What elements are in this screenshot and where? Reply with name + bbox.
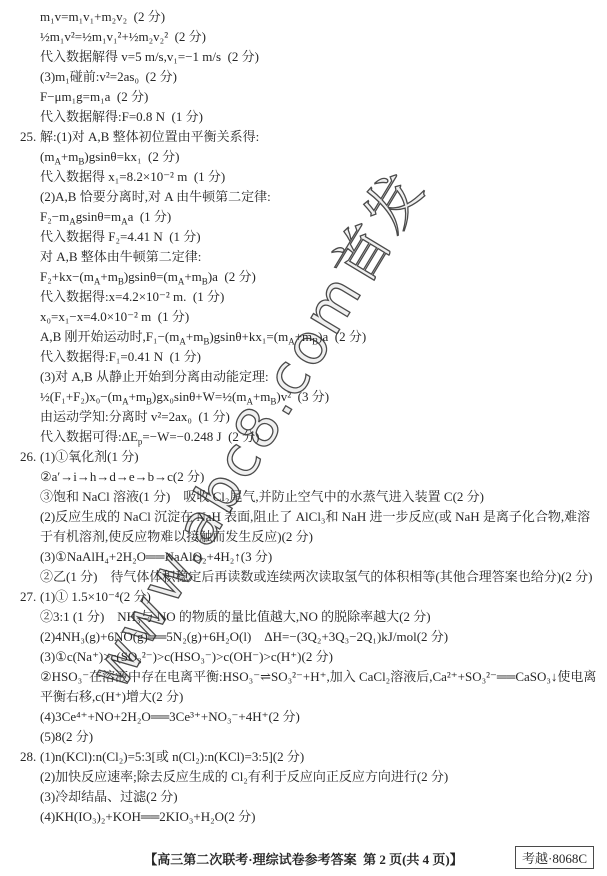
answer-line: m₁v=m₁v₁+m₂v₂ (2 分) <box>0 7 599 27</box>
answer-line-text: ②3:1 (1 分) NH₃与 NO 的物质的量比值越大,NO 的脱除率越大(2… <box>40 607 599 627</box>
answer-line: ②乙(1 分) 待气体体积稳定后再读数或连续两次读取氢气的体积相等(其他合理答案… <box>0 567 599 587</box>
answer-line: x₀=x₁−x=4.0×10⁻² m (1 分) <box>0 307 599 327</box>
answer-line: ②3:1 (1 分) NH₃与 NO 的物质的量比值越大,NO 的脱除率越大(2… <box>0 607 599 627</box>
answer-line: 28. (1)n(KCl):n(Cl₂)=5:3[或 n(Cl₂):n(KCl)… <box>0 747 599 767</box>
answer-line-text: 代入数据解得:F=0.8 N (1 分) <box>40 107 599 127</box>
answer-line-text: 由运动学知:分离时 v²=2ax₀ (1 分) <box>40 407 599 427</box>
answer-line: F₂+kx−(mA+mB)gsinθ=(mA+mB)a (2 分) <box>0 267 599 287</box>
answer-line-text: (1)① 1.5×10⁻⁴(2 分) <box>40 587 599 607</box>
answer-line-text: (3)冷却结晶、过滤(2 分) <box>40 787 599 807</box>
answer-line-text: (4)KH(IO₃)₂+KOH══2KIO₃+H₂O(2 分) <box>40 807 599 827</box>
answer-line: ②a′→i→h→d→e→b→c(2 分) <box>0 467 599 487</box>
answer-line: (2)A,B 恰要分离时,对 A 由牛顿第二定律: <box>0 187 599 207</box>
answer-line-text: x₀=x₁−x=4.0×10⁻² m (1 分) <box>40 307 599 327</box>
answer-line-text: 代入数据得:F₁=0.41 N (1 分) <box>40 347 599 367</box>
answer-line: 由运动学知:分离时 v²=2ax₀ (1 分) <box>0 407 599 427</box>
answer-line-text: (2)4NH₃(g)+6NO(g)══5N₂(g)+6H₂O(l) ΔH=−(3… <box>40 627 599 647</box>
answer-line-text: F₂−mAgsinθ=mAa (1 分) <box>40 207 599 227</box>
answer-line-text: ②乙(1 分) 待气体体积稳定后再读数或连续两次读取氢气的体积相等(其他合理答案… <box>40 567 599 587</box>
answer-line-text: (1)n(KCl):n(Cl₂)=5:3[或 n(Cl₂):n(KCl)=3:5… <box>40 747 599 767</box>
answer-line: (2)4NH₃(g)+6NO(g)══5N₂(g)+6H₂O(l) ΔH=−(3… <box>0 627 599 647</box>
answer-line-text: 代入数据得 x₁=8.2×10⁻² m (1 分) <box>40 167 599 187</box>
answer-line: ½(F₁+F₂)x₀−(mA+mB)gx₀sinθ+W=½(mA+mB)v² (… <box>0 387 599 407</box>
answer-line: (2)反应生成的 NaCl 沉淀在 NaH 表面,阻止了 AlCl₃和 NaH … <box>0 507 599 547</box>
answer-line: (mA+mB)gsinθ=kx₁ (2 分) <box>0 147 599 167</box>
answer-line-text: (3)m₁碰前:v²=2as₀ (2 分) <box>40 67 599 87</box>
answer-line: 代入数据解得:F=0.8 N (1 分) <box>0 107 599 127</box>
answer-line-text: (4)3Ce⁴⁺+NO+2H₂O══3Ce³⁺+NO₃⁻+4H⁺(2 分) <box>40 707 599 727</box>
answer-line-text: ½(F₁+F₂)x₀−(mA+mB)gx₀sinθ+W=½(mA+mB)v² (… <box>40 387 599 407</box>
answer-line-text: (2)反应生成的 NaCl 沉淀在 NaH 表面,阻止了 AlCl₃和 NaH … <box>40 507 599 547</box>
answer-line: F₂−mAgsinθ=mAa (1 分) <box>0 207 599 227</box>
answer-line: 27. (1)① 1.5×10⁻⁴(2 分) <box>0 587 599 607</box>
answer-line-text: (2)加快反应速率;除去反应生成的 Cl₂有利于反应向正反应方向进行(2 分) <box>40 767 599 787</box>
answer-line: 25. 解:(1)对 A,B 整体初位置由平衡关系得: <box>0 127 599 147</box>
answer-line: (3)①c(Na⁺)>c(SO₃²⁻)>c(HSO₃⁻)>c(OH⁻)>c(H⁺… <box>0 647 599 667</box>
answer-line: 代入数据得:F₁=0.41 N (1 分) <box>0 347 599 367</box>
answer-line-text: (3)对 A,B 从静止开始到分离由动能定理: <box>40 367 599 387</box>
answer-line-text: 代入数据得 F₂=4.41 N (1 分) <box>40 227 599 247</box>
answer-line-text: 对 A,B 整体由牛顿第二定律: <box>40 247 599 267</box>
problem-number: 25. <box>0 127 40 147</box>
answer-line: (3)m₁碰前:v²=2as₀ (2 分) <box>0 67 599 87</box>
exam-code-box: 考越·8068C <box>515 846 594 869</box>
answer-line: 代入数据得 F₂=4.41 N (1 分) <box>0 227 599 247</box>
answer-line: F−μm₁g=m₁a (2 分) <box>0 87 599 107</box>
answer-line: (5)8(2 分) <box>0 727 599 747</box>
problem-number: 26. <box>0 447 40 467</box>
answer-line: (2)加快反应速率;除去反应生成的 Cl₂有利于反应向正反应方向进行(2 分) <box>0 767 599 787</box>
answer-line-text: (5)8(2 分) <box>40 727 599 747</box>
answer-line-text: F₂+kx−(mA+mB)gsinθ=(mA+mB)a (2 分) <box>40 267 599 287</box>
answer-line-text: ②HSO₃⁻在溶液中存在电离平衡:HSO₃⁻⇌SO₃²⁻+H⁺,加入 CaCl₂… <box>40 667 599 707</box>
answer-line-text: ②a′→i→h→d→e→b→c(2 分) <box>40 467 599 487</box>
answer-line: 代入数据解得 v=5 m/s,v₁=−1 m/s (2 分) <box>0 47 599 67</box>
answer-line: ½m₁v²=½m₁v₁²+½m₂v₂² (2 分) <box>0 27 599 47</box>
answer-line-text: (mA+mB)gsinθ=kx₁ (2 分) <box>40 147 599 167</box>
answer-line-text: (2)A,B 恰要分离时,对 A 由牛顿第二定律: <box>40 187 599 207</box>
answer-line-text: F−μm₁g=m₁a (2 分) <box>40 87 599 107</box>
answer-line: 代入数据得:x=4.2×10⁻² m. (1 分) <box>0 287 599 307</box>
answer-line-text: (3)①NaAlH₄+2H₂O══NaAlO₂+4H₂↑(3 分) <box>40 547 599 567</box>
answer-line: (3)对 A,B 从静止开始到分离由动能定理: <box>0 367 599 387</box>
answer-line: (3)①NaAlH₄+2H₂O══NaAlO₂+4H₂↑(3 分) <box>0 547 599 567</box>
answer-line: ③饱和 NaCl 溶液(1 分) 吸收 Cl₂尾气,并防止空气中的水蒸气进入装置… <box>0 487 599 507</box>
answer-line: ②HSO₃⁻在溶液中存在电离平衡:HSO₃⁻⇌SO₃²⁻+H⁺,加入 CaCl₂… <box>0 667 599 707</box>
answer-line-text: 代入数据可得:ΔEp=−W=−0.248 J (2 分) <box>40 427 599 447</box>
problem-number: 27. <box>0 587 40 607</box>
answer-line: 代入数据可得:ΔEp=−W=−0.248 J (2 分) <box>0 427 599 447</box>
answer-line-text: (1)①氧化剂(1 分) <box>40 447 599 467</box>
answer-line: 26. (1)①氧化剂(1 分) <box>0 447 599 467</box>
answer-line: 代入数据得 x₁=8.2×10⁻² m (1 分) <box>0 167 599 187</box>
answer-line: (4)KH(IO₃)₂+KOH══2KIO₃+H₂O(2 分) <box>0 807 599 827</box>
answer-line-text: 代入数据解得 v=5 m/s,v₁=−1 m/s (2 分) <box>40 47 599 67</box>
answer-line-text: A,B 刚开始运动时,F₁−(mA+mB)gsinθ+kx₁=(mA+mB)a … <box>40 327 599 347</box>
answer-line: A,B 刚开始运动时,F₁−(mA+mB)gsinθ+kx₁=(mA+mB)a … <box>0 327 599 347</box>
answer-line-text: 解:(1)对 A,B 整体初位置由平衡关系得: <box>40 127 599 147</box>
answers-content: m₁v=m₁v₁+m₂v₂ (2 分) ½m₁v²=½m₁v₁²+½m₂v₂² … <box>0 7 599 827</box>
answer-line-text: m₁v=m₁v₁+m₂v₂ (2 分) <box>40 7 599 27</box>
answer-line-text: ½m₁v²=½m₁v₁²+½m₂v₂² (2 分) <box>40 27 599 47</box>
answer-line: (4)3Ce⁴⁺+NO+2H₂O══3Ce³⁺+NO₃⁻+4H⁺(2 分) <box>0 707 599 727</box>
problem-number: 28. <box>0 747 40 767</box>
answer-line-text: (3)①c(Na⁺)>c(SO₃²⁻)>c(HSO₃⁻)>c(OH⁻)>c(H⁺… <box>40 647 599 667</box>
answer-line: 对 A,B 整体由牛顿第二定律: <box>0 247 599 267</box>
answer-line: (3)冷却结晶、过滤(2 分) <box>0 787 599 807</box>
answer-line-text: 代入数据得:x=4.2×10⁻² m. (1 分) <box>40 287 599 307</box>
answer-line-text: ③饱和 NaCl 溶液(1 分) 吸收 Cl₂尾气,并防止空气中的水蒸气进入装置… <box>40 487 599 507</box>
